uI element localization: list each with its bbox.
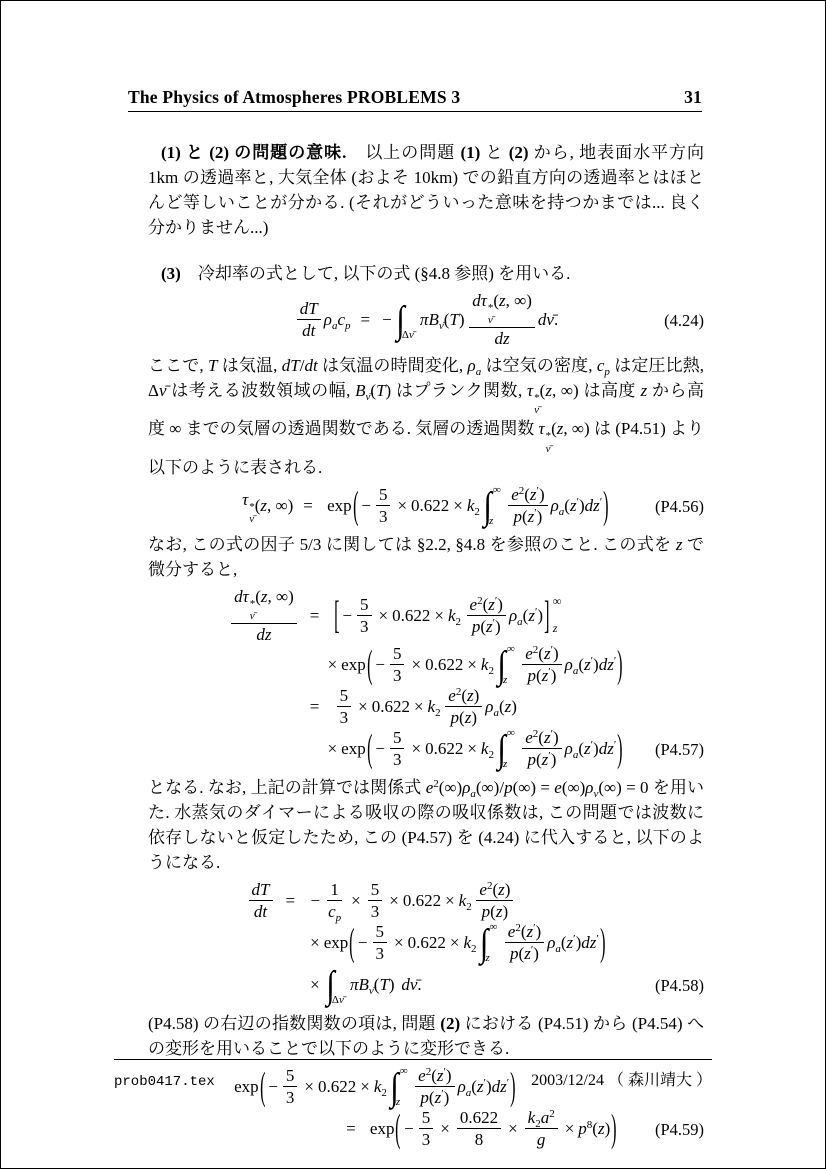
math-operator: − [382,307,392,332]
integral: ∫∞z [480,922,497,964]
denominator: 3 [419,1129,434,1149]
var-base: z [584,739,591,758]
var-base: z [553,621,558,635]
var-base: c [337,310,345,329]
equation-lhs [246,922,276,964]
math-fraction: e2(z)p(z) [445,686,482,727]
numerator: dτ*ν̄(z, ∞) [469,291,535,328]
math-text: 0.622 [425,652,463,677]
close-delimiter: ) [603,477,608,535]
math-text: 0.622 [403,888,441,913]
var-base: z [524,944,531,963]
math-var: ρa [565,652,579,677]
math-var: k2 [428,694,441,719]
math-fraction: e2(z)p(z) [476,880,513,921]
numerator: dT [249,880,273,901]
var-base: ν̄ [409,329,414,341]
open-delimiter: [ [334,586,339,644]
open-delimiter: ( [349,914,354,972]
denominator: p(z′) [525,665,560,685]
text-run: は考える波数領域の幅, [166,381,355,400]
var-base: z [467,686,474,705]
math-text: , ∞) [267,493,293,518]
math-text: , ∞) [267,587,293,606]
math-fraction: 53 [337,686,352,727]
math-operator: − [375,736,385,761]
equation-lhs: dτ*ν̄(z, ∞)dz [228,587,300,644]
math-var: π [350,972,359,997]
math-text: ) [539,485,545,504]
math-operator: × [351,888,361,913]
math-var: dz′ [581,930,599,955]
page-footer: prob0417.tex 2003/12/24 （ 森川靖大 ） [114,1067,712,1090]
integral: ∫∞z [498,728,515,770]
equation-rhs: =exp(−53×0.622×k2∫∞ze2(z′)p(z′)ρa(z′)dz′… [293,485,610,527]
math-fraction: dτ*ν̄(z, ∞)dz [469,291,535,348]
denominator: dt [251,901,270,921]
text-run: は気温の時間変化, [318,356,468,375]
math-fraction: 0.6228 [457,1108,501,1149]
var-base: dt [304,356,317,375]
var-base: dT [282,356,300,375]
equation-lhs [246,964,276,1006]
math-var: k2 [463,930,476,955]
math-fraction: 53 [368,880,383,921]
bold-text: (2) [440,1014,460,1033]
equation-lines: dTdt=−1cp×53×0.622×k2e2(z)p(z)×exp(−53×0… [246,880,607,1006]
equation-rhs: =−1cp×53×0.622×k2e2(z)p(z) [276,880,607,922]
math-text: ) [389,972,395,997]
footer-date-author: 2003/12/24 （ 森川靖大 ） [531,1067,712,1090]
numerator: e2(z) [445,686,482,707]
equation-lines: dTdtρacp=−∫Δν̄πBν̄(T)dτ*ν̄(z, ∞)dzdν̄. [294,291,558,348]
equation-rhs: =exp(−53×0.6228×k2a2g×p8(z)) [234,1108,618,1150]
math-var: ρa [468,356,482,375]
equation-rhs: =[−53×0.622×k2e2(z′)p(z′)ρa(z′)]∞z [300,594,624,636]
denominator: 3 [283,1087,298,1107]
math-text: 3 [376,944,385,963]
math-operator: × [467,652,477,677]
integral-limits: ∞z [493,485,501,527]
math-var: z [553,621,558,635]
math-fraction: 53 [390,644,405,685]
math-fraction: e2(z′)p(z′) [522,728,561,769]
var-base: B [355,381,365,400]
var-base: dν̄ [538,310,554,329]
integral-sign: ∫ [326,965,335,1004]
math-text: ) [551,666,557,685]
math-var: dz′ [599,736,617,761]
math-text: ) [495,617,501,636]
math-var: cp [328,902,341,921]
subscript: 2 [488,749,494,761]
math-fraction: e2(z′)p(z′) [505,922,544,963]
display-equation: dTdt=−1cp×53×0.622×k2e2(z)p(z)×exp(−53×0… [148,880,704,1006]
var-base: ρ [509,606,517,625]
var-base: ρ [551,496,559,515]
math-text: ) [536,922,542,941]
math-operator: × [411,736,421,761]
text-run: は気温, [217,356,281,375]
var-base: dT [252,880,270,899]
math-text: ) [459,307,465,332]
header-title: The Physics of Atmospheres PROBLEMS 3 [128,87,460,108]
math-var: dT [300,299,318,318]
math-text: 1 [330,880,339,899]
math-text: 3 [422,1130,431,1149]
text-run: と [480,143,508,162]
math-fraction: 53 [390,728,405,769]
math-text: ) [551,750,557,769]
math-text: exp [370,1116,395,1141]
math-text: ) [537,603,543,628]
superscript: ′ [614,655,616,667]
integral: ∫∞z [483,485,500,527]
denominator: p(z′) [469,616,504,636]
math-var: e2 [525,728,538,747]
math-operator: × [379,603,389,628]
var-base: d [234,587,243,606]
math-var: cp [337,307,350,332]
math-text: 3 [286,1088,295,1107]
math-var: dν̄ [401,972,417,997]
var-base: dz [256,625,271,644]
math-operator: × [394,930,404,955]
math-var: z′ [584,736,593,761]
math-text: 5 [376,922,385,941]
math-operator: × [440,1116,450,1141]
math-text: 0.622 [372,694,410,719]
math-operator: = [303,493,313,518]
denominator: 3 [337,707,352,727]
text-run: , ∞) は高度 [552,381,641,400]
math-var: d [234,587,243,606]
text-run: (∞) [562,778,585,797]
var-base: dt [254,902,267,921]
equation-rhs: =−∫Δν̄πBν̄(T)dτ*ν̄(z, ∞)dzdν̄. [350,291,558,348]
math-var: T [208,356,217,375]
var-base: τ [243,587,249,606]
math-operator: × [310,972,320,997]
var-base: T [208,356,217,375]
numerator: 0.622 [457,1108,501,1129]
upper-limit: ∞ [507,644,515,655]
math-text: . [417,972,421,997]
math-var: z′ [527,922,536,941]
integral-sign: ∫ [483,486,492,525]
text-run: なお, この式の因子 5/3 に関しては §2.2, §4.8 を参照のこと. … [148,535,676,554]
upper-limit: ∞ [507,728,515,739]
var-base: k [448,606,456,625]
math-var: ν̄ [339,994,344,1006]
math-operator: × [328,652,338,677]
math-var: ρa [551,493,565,518]
math-operator: × [397,493,407,518]
superscript: 2 [549,1108,555,1120]
math-fraction: 53 [373,922,388,963]
equation-tag: (P4.57) [655,737,704,762]
denominator: dz [492,328,513,348]
math-var: z′ [435,1088,444,1107]
var-base: d [472,291,481,310]
math-var: ρa [324,307,338,332]
math-var: k2 [481,652,494,677]
denominator: 3 [376,506,391,526]
math-var: z′ [544,728,553,747]
math-text: ) [605,1116,611,1141]
math-var: ν̄ [409,329,414,341]
math-var: τ*ν̄ [481,291,494,310]
math-text: 3 [379,507,388,526]
math-var: Bν̄ [358,972,373,997]
math-var: Bν̄ [428,307,443,332]
math-text: ∞ [507,727,515,739]
var-base: e [525,728,533,747]
math-text: exp [341,736,366,761]
math-text: ) [553,644,559,663]
var-base: e [525,644,533,663]
denominator: cp [325,901,344,921]
math-var: e2 [448,686,461,705]
footer-rule [114,1059,712,1060]
close-delimiter: ) [611,1100,616,1158]
integral-limits: Δν̄ [336,964,344,1006]
var-base: z [488,595,495,614]
math-operator: × [389,888,399,913]
fenced-group: (−53×0.6228×k2a2g×p8(z)) [394,1108,617,1149]
var-base: ρ [324,310,332,329]
group-body: −53×0.622×k2∫∞ze2(z′)p(z′)ρa(z′)dz′ [373,644,616,686]
text-run: となる. なお, 上記の計算では関係式 [148,778,426,797]
math-var: z [260,493,267,518]
var-base: p [451,708,460,727]
close-delimiter: ] [544,586,549,644]
bold-text: (1) と (2) の問題の意味. [161,143,346,162]
math-var: z′ [544,644,553,663]
var-base: B [428,310,438,329]
var-base: dν̄ [401,975,417,994]
math-var: k2 [448,603,461,628]
math-operator: × [453,493,463,518]
paragraph: (1) と (2) の問題の意味. 以上の問題 (1) と (2) から, 地表… [148,140,704,240]
math-var: z [505,694,512,719]
math-var: ρa [547,930,561,955]
equation-rhs: ×exp(−53×0.622×k2∫∞ze2(z′)p(z′)ρa(z′)dz′… [276,922,607,964]
math-text: ) [474,686,480,705]
math-var: dz [256,625,271,644]
denominator: p(z′) [525,749,560,769]
math-operator: × [508,1116,518,1141]
math-fraction: k2a2g [525,1108,558,1149]
math-operator: × [358,694,368,719]
equation-rhs: ×exp(−53×0.622×k2∫∞ze2(z′)p(z′)ρa(z′)dz′… [300,644,624,686]
close-delimiter: ) [617,636,622,694]
math-fraction: dτ*ν̄(z, ∞)dz [231,587,297,644]
var-base: T [449,310,458,329]
subscript: 2 [456,616,462,628]
equation-lhs [228,728,300,770]
math-operator: − [311,888,321,913]
math-text: . [554,307,558,332]
math-var: p [528,666,537,685]
denominator: p(z) [479,901,511,921]
var-base: z [545,381,552,400]
bold-text: (2) [509,143,529,162]
text-run: ) はプランク関数, [386,381,528,400]
math-var: p [451,708,460,727]
denominator: g [534,1129,549,1149]
close-delimiter: ) [600,914,605,972]
math-fraction: e2(z′)p(z′) [522,644,561,685]
equation-lines: τ*ν̄(z, ∞)=exp(−53×0.622×k2∫∞ze2(z′)p(z′… [242,485,610,527]
math-text: 3 [371,902,380,921]
math-text: ) [511,694,517,719]
math-var: z′ [524,944,533,963]
math-operator: − [342,603,352,628]
denominator: dz [253,624,274,644]
var-base: p [513,507,522,526]
var-base: e [511,485,519,504]
var-base: g [537,1130,546,1149]
math-var: p [482,902,491,921]
math-var: p [510,944,519,963]
math-var: T [379,972,388,997]
fenced-group: (−53×0.622×k2∫∞ze2(z′)p(z′)ρa(z′)dz′) [348,922,606,964]
denominator: p(z′) [507,943,542,963]
display-equation: dTdtρacp=−∫Δν̄πBν̄(T)dτ*ν̄(z, ∞)dzdν̄.(4… [148,291,704,348]
equation-lhs: dTdt [246,880,276,922]
math-var: T [376,381,385,400]
math-text: 3 [340,708,349,727]
math-text: 5 [422,1108,431,1127]
math-var: p [504,778,513,797]
numerator: 5 [337,686,352,707]
text-run: 冷却率の式として, 以下の式 (§4.8 参照) を用いる. [181,264,571,283]
math-operator: = [310,603,320,628]
math-operator: − [375,652,385,677]
text-run: 以上の問題 [346,143,460,162]
equation-lines: dτ*ν̄(z, ∞)dz=[−53×0.622×k2e2(z′)p(z′)ρa… [228,587,624,770]
denominator: p(z′) [510,506,545,526]
var-base: k [463,933,471,952]
math-var: z′ [528,603,537,628]
text-run: ここで, [148,356,208,375]
paragraph: (P4.58) の右辺の指数関数の項は, 問題 (2) における (P4.51)… [148,1011,704,1061]
math-var: k2 [467,493,480,518]
math-operator: × [565,1116,575,1141]
script-stack: ∞z [553,595,562,635]
math-operator: × [310,930,320,955]
math-text: exp [324,930,349,955]
math-text: 0.622 [411,493,449,518]
numerator: 5 [373,922,388,943]
var-base: z [530,485,537,504]
math-text: 3 [393,750,402,769]
subscript: 2 [488,665,494,677]
subscript: 2 [474,506,480,518]
math-var: dt [254,902,267,921]
math-var: dt [304,356,317,375]
math-text: 5 [379,485,388,504]
math-var: dz′ [585,493,603,518]
math-var: dt [302,321,315,340]
numerator: e2(z′) [508,485,547,506]
math-var: z′ [528,507,537,526]
integral-limits: ∞z [507,644,515,686]
denominator: p(z) [448,707,480,727]
superscript: ′ [600,496,602,508]
math-text: exp [327,493,352,518]
var-base: z [544,644,551,663]
numerator: e2(z′) [522,644,561,665]
math-var: e2 [508,922,521,941]
open-delimiter: ( [396,1100,401,1158]
var-base: ν̄ [339,994,344,1006]
numerator: e2(z′) [467,595,506,616]
subscript: ν̄ [488,314,494,326]
integral-sign: ∫ [498,729,507,768]
paragraph: なお, この式の因子 5/3 に関しては §2.2, §4.8 を参照のこと. … [148,532,704,582]
group-body: −53×0.622×k2e2(z′)p(z′)ρa(z′) [340,595,543,636]
math-fraction: 53 [357,595,372,636]
denominator: p(z′) [417,1087,452,1107]
math-var: ρa [462,778,476,797]
var-base: T [379,975,388,994]
equation-lhs: τ*ν̄(z, ∞) [242,485,293,527]
math-var: p [528,750,537,769]
math-var: τ*ν̄ [242,487,255,525]
equation-rhs: =53×0.622×k2e2(z)p(z)ρa(z) [300,686,624,728]
var-base: p [510,944,519,963]
bold-text: (3) [161,264,181,283]
numerator: e2(z) [476,880,513,901]
math-fraction: dTdt [297,299,321,340]
math-var: a2 [541,1108,555,1127]
paragraph: ここで, T は気温, dT/dt は気温の時間変化, ρa は空気の密度, c… [148,353,704,479]
var-base: a [541,1108,550,1127]
text-run: (P4.58) の右辺の指数関数の項は, 問題 [148,1014,440,1033]
math-fraction: 53 [376,485,391,526]
math-fraction: dTdt [249,880,273,921]
math-operator: × [414,694,424,719]
page-number: 31 [684,87,702,108]
open-delimiter: ( [353,477,358,535]
open-delimiter: ( [367,636,372,694]
math-text: 0.622 [460,1108,498,1127]
var-base: dz [599,655,614,674]
math-var: p [513,507,522,526]
integral-sign: ∫ [396,300,405,339]
display-equation: τ*ν̄(z, ∞)=exp(−53×0.622×k2∫∞ze2(z′)p(z′… [148,485,704,527]
integral-sign: ∫ [498,645,507,684]
math-var: g [537,1130,546,1149]
math-text: ) [497,595,503,614]
var-base: τ [242,490,248,509]
group-body: −53×0.622×k2∫∞ze2(z′)p(z′)ρa(z′)dz′ [373,728,616,770]
var-base: dz [495,329,510,348]
subscript: 2 [466,901,472,913]
math-text: 0.622 [408,930,446,955]
denominator: 8 [472,1129,487,1149]
math-text: ) [537,507,543,526]
numerator: 5 [390,644,405,665]
math-operator: = [346,1116,356,1141]
upper-limit: ∞ [493,485,501,496]
math-var: cp [597,356,610,375]
var-base: dz [585,496,600,515]
var-base: π [350,975,359,994]
var-base: z [544,728,551,747]
